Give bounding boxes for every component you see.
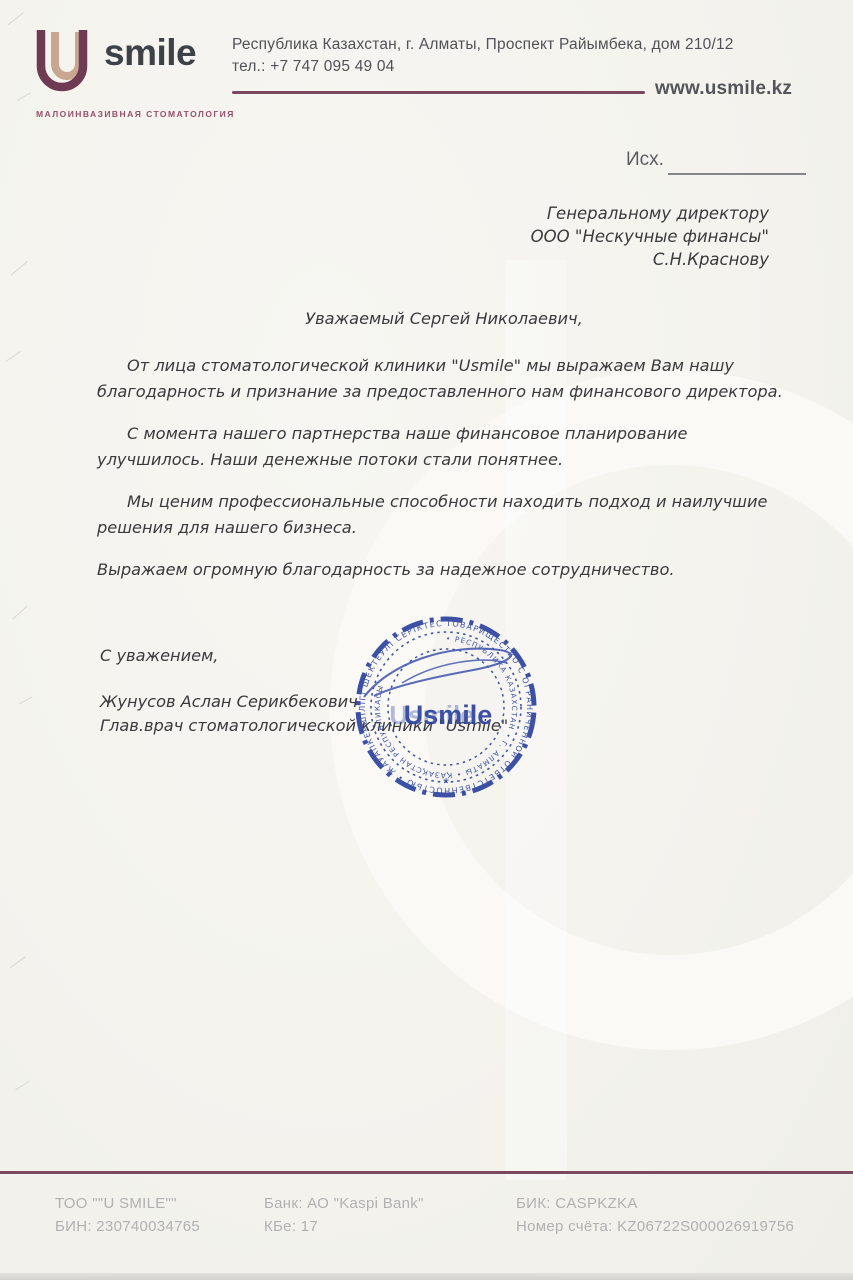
logo-usmile: smile МАЛОИНВАЗИВНАЯ СТОМАТОЛОГИЯ: [33, 26, 235, 119]
recipient-position: Генеральному директору: [531, 202, 769, 225]
letter-document: smile МАЛОИНВАЗИВНАЯ СТОМАТОЛОГИЯ Респуб…: [0, 0, 853, 1280]
footer-bank: Банк: АО "Kaspi Bank": [264, 1193, 424, 1216]
reference-label: Исх.: [626, 149, 664, 171]
footer-kbe: КБе: 17: [264, 1216, 424, 1239]
header-divider: [232, 91, 645, 94]
footer-divider: [0, 1171, 853, 1174]
footer-company-column: ТОО ""U SMILE"" БИН: 230740034765: [55, 1193, 200, 1238]
scan-scratch: [10, 261, 27, 276]
footer-company-name: ТОО ""U SMILE"": [55, 1193, 200, 1216]
paragraph-1: От лица стоматологической клиники "Usmil…: [97, 353, 791, 405]
salutation: Уважаемый Сергей Николаевич,: [97, 306, 791, 332]
company-stamp: ТОВАРИЩЕСТВО С ОГРАНИЧЕННОЙ ОТВЕТСТВЕННО…: [350, 611, 542, 803]
letter-body: Уважаемый Сергей Николаевич, От лица сто…: [97, 306, 791, 599]
website-url: www.usmile.kz: [655, 78, 792, 100]
footer-bank-column: Банк: АО "Kaspi Bank" КБе: 17: [264, 1193, 424, 1238]
recipient-company: ООО "Нескучные финансы": [531, 225, 769, 248]
scan-scratch: [19, 697, 33, 705]
recipient-name: С.Н.Краснову: [531, 248, 769, 271]
scan-bottom-edge: [0, 1273, 853, 1280]
recipient-block: Генеральному директору ООО "Нескучные фи…: [531, 202, 769, 271]
address-line-2: тел.: +7 747 095 49 04: [232, 56, 734, 78]
scan-scratch: [5, 351, 20, 362]
address-line-1: Республика Казахстан, г. Алматы, Проспек…: [232, 34, 734, 56]
stamp-brand-text: Usmile: [404, 700, 493, 730]
paragraph-4: Выражаем огромную благодарность за надеж…: [97, 557, 791, 583]
scan-scratch: [15, 1080, 30, 1090]
scan-scratch: [12, 605, 28, 619]
scan-scratch: [8, 12, 24, 25]
footer-account-column: БИК: CASPKZKA Номер счёта: KZ06722S00002…: [516, 1193, 794, 1238]
paragraph-2: С момента нашего партнерства наше финанс…: [97, 421, 791, 473]
logo-u-icon: [33, 26, 99, 102]
logo-tagline: МАЛОИНВАЗИВНАЯ СТОМАТОЛОГИЯ: [36, 109, 235, 119]
footer-bin: БИН: 230740034765: [55, 1216, 200, 1239]
footer-bik: БИК: CASPKZKA: [516, 1193, 794, 1216]
scan-scratch: [17, 92, 31, 101]
stamp-bottom-mark: *: [443, 775, 449, 792]
company-address: Республика Казахстан, г. Алматы, Проспек…: [232, 34, 734, 78]
reference-blank-line: [668, 173, 806, 175]
footer-account-number: Номер счёта: KZ06722S000026919756: [516, 1216, 794, 1239]
scan-scratch: [10, 957, 26, 969]
paragraph-3: Мы ценим профессиональные способности на…: [97, 489, 791, 541]
logo-wordmark: smile: [104, 34, 196, 71]
